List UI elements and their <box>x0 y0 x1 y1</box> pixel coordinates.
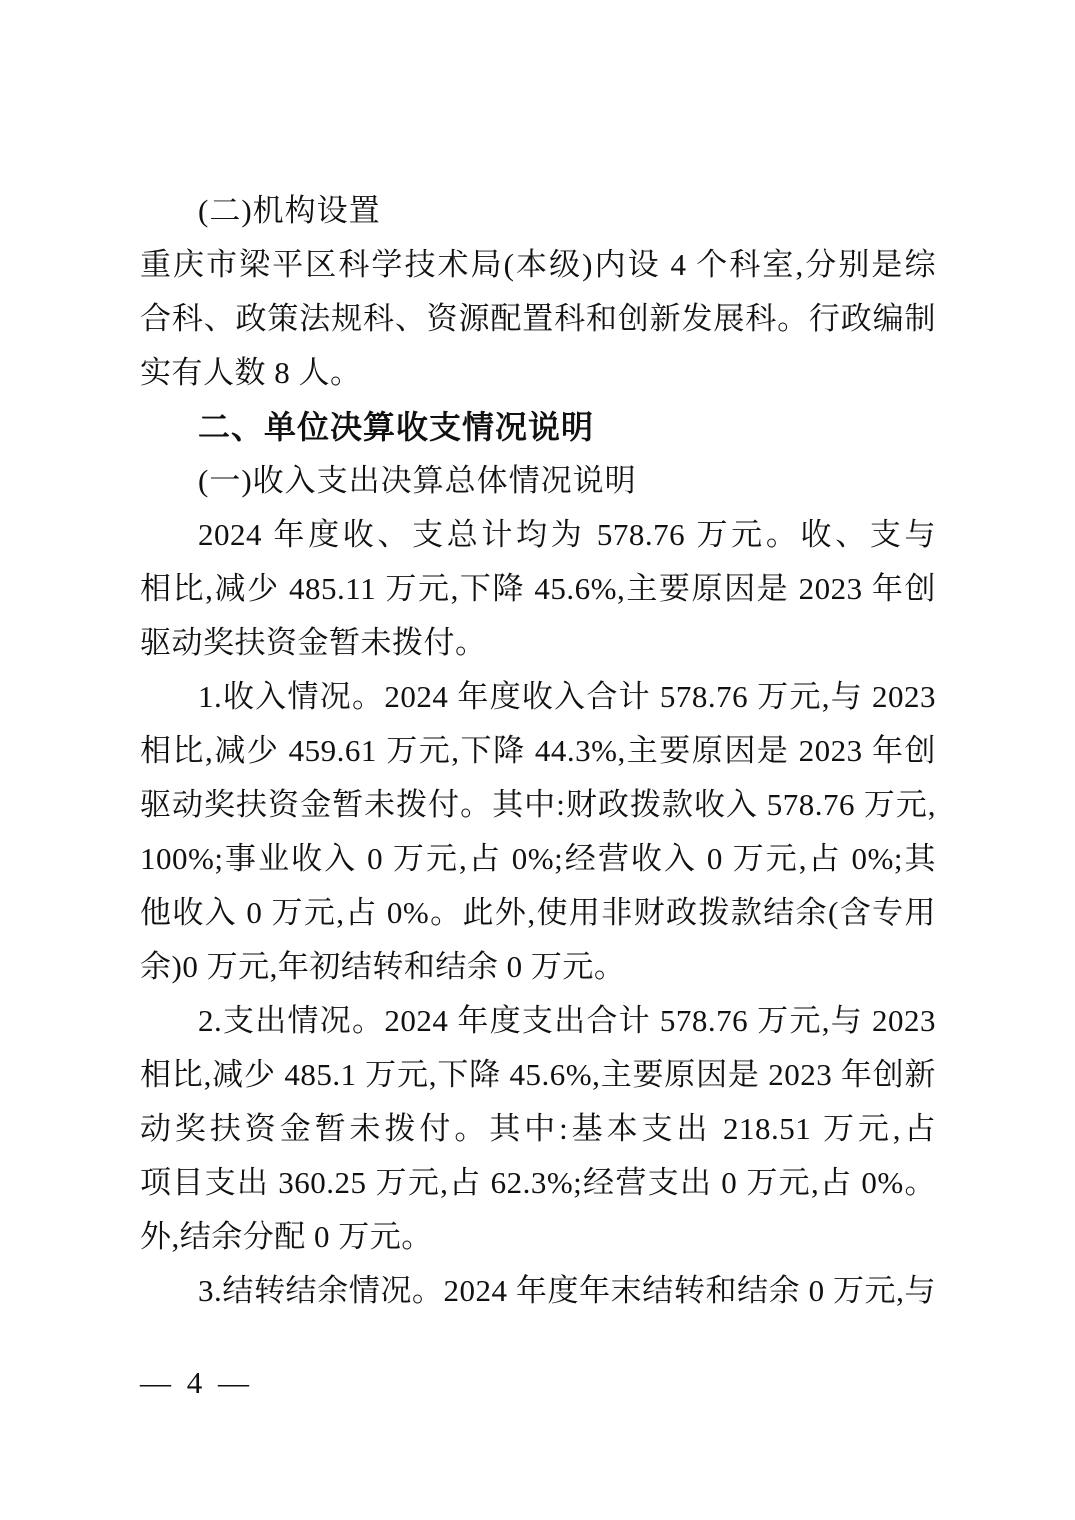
page-number: — 4 — <box>140 1356 253 1410</box>
text-line: 100%;事业收入 0 万元,占 0%;经营收入 0 万元,占 0%;其 <box>140 832 936 886</box>
text-line: 2024 年度收、支总计均为 578.76 万元。收、支与 2023 年度 <box>140 508 936 562</box>
text-line: 驱动奖扶资金暂未拨付。 <box>140 616 936 670</box>
heading-section-budget-notes: 二、单位决算收支情况说明 <box>140 400 936 454</box>
text-line-expense-start: 2.支出情况。2024 年度支出合计 578.76 万元,与 2023 年度 <box>140 994 936 1048</box>
text-line: 驱动奖扶资金暂未拨付。其中:财政拨款收入 578.76 万元,占 <box>140 778 936 832</box>
heading-subsection-overview: (一)收入支出决算总体情况说明 <box>140 454 936 508</box>
text-line: 相比,减少 485.1 万元,下降 45.6%,主要原因是 2023 年创新驱 <box>140 1048 936 1102</box>
document-body: (二)机构设置 重庆市梁平区科学技术局(本级)内设 4 个科室,分别是综 合科、… <box>140 184 936 1318</box>
text-line: 余)0 万元,年初结转和结余 0 万元。 <box>140 940 936 994</box>
text-line: 相比,减少 485.11 万元,下降 45.6%,主要原因是 2023 年创新 <box>140 562 936 616</box>
text-line: 合科、政策法规科、资源配置科和创新发展科。行政编制 8 人, <box>140 292 936 346</box>
heading-subsection-org-setup: (二)机构设置 <box>140 184 936 238</box>
text-line: 相比,减少 459.61 万元,下降 44.3%,主要原因是 2023 年创新 <box>140 724 936 778</box>
text-line: 他收入 0 万元,占 0%。此外,使用非财政拨款结余(含专用结 <box>140 886 936 940</box>
document-page: (二)机构设置 重庆市梁平区科学技术局(本级)内设 4 个科室,分别是综 合科、… <box>0 0 1075 1520</box>
text-line: 重庆市梁平区科学技术局(本级)内设 4 个科室,分别是综 <box>140 238 936 292</box>
text-line: 动奖扶资金暂未拨付。其中:基本支出 218.51 万元,占 37.8%; <box>140 1102 936 1156</box>
text-line: 外,结余分配 0 万元。 <box>140 1210 936 1264</box>
text-line: 项目支出 360.25 万元,占 62.3%;经营支出 0 万元,占 0%。此 <box>140 1156 936 1210</box>
text-line: 实有人数 8 人。 <box>140 346 936 400</box>
text-line-income-start: 1.收入情况。2024 年度收入合计 578.76 万元,与 2023 年度 <box>140 670 936 724</box>
text-line-carryover-start: 3.结转结余情况。2024 年度年末结转和结余 0 万元,与 2023 <box>140 1264 936 1318</box>
